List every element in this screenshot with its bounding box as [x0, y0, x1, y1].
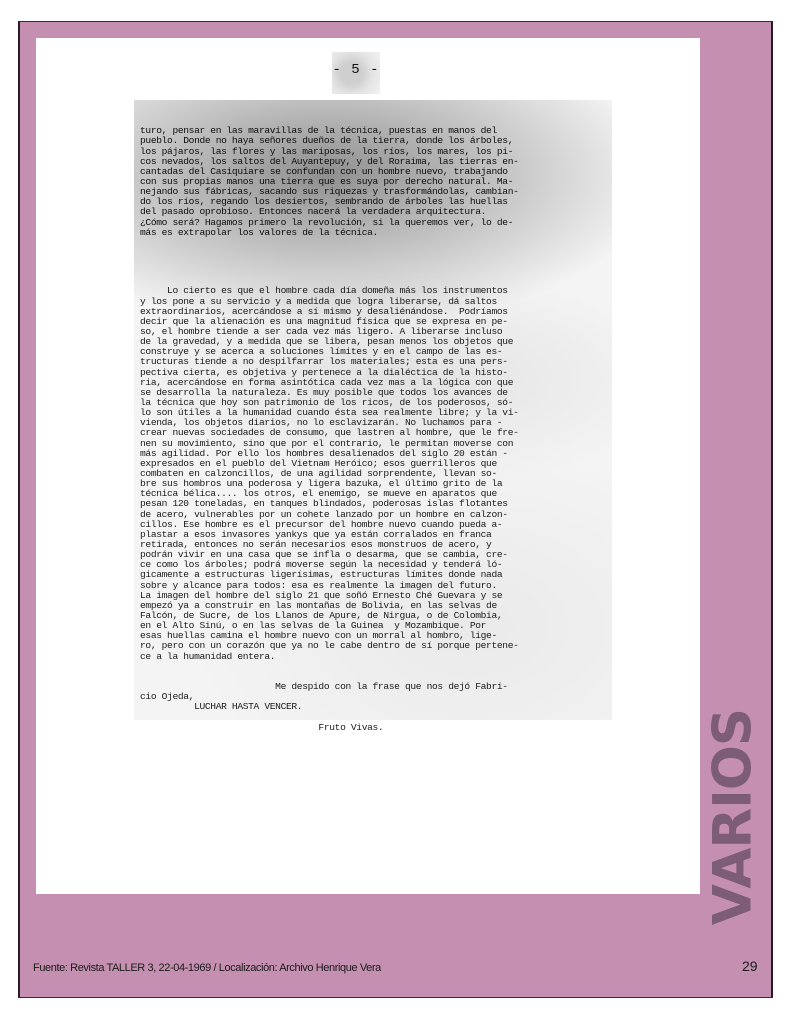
- text-line: LUCHAR HASTA VENCER.: [140, 702, 608, 712]
- page-number: 29: [742, 958, 758, 974]
- text-line: ce a la humanidad entera.: [140, 652, 608, 662]
- paragraph-1: turo, pensar en las maravillas de la téc…: [140, 126, 608, 238]
- scan-page-marker-text: - 5 -: [332, 62, 380, 78]
- section-label-text: VARIOS: [703, 709, 764, 925]
- scan-page-marker: - 5 -: [332, 52, 380, 94]
- text-line: más es extrapolar los valores de la técn…: [140, 228, 608, 238]
- scanned-typewritten-document: turo, pensar en las maravillas de la téc…: [134, 100, 612, 720]
- document-body: turo, pensar en las maravillas de la téc…: [140, 106, 608, 753]
- footer-source-citation: Fuente: Revista TALLER 3, 22-04-1969 / L…: [33, 962, 381, 974]
- text-line: Fruto Vivas.: [140, 723, 608, 733]
- closing-signature: Me despido con la frase que nos dejó Fab…: [140, 682, 608, 733]
- text-line: Me despido con la frase que nos dejó Fab…: [140, 682, 608, 692]
- section-label: VARIOS: [704, 712, 762, 922]
- paragraph-2: Lo cierto es que el hombre cada día dome…: [140, 286, 608, 661]
